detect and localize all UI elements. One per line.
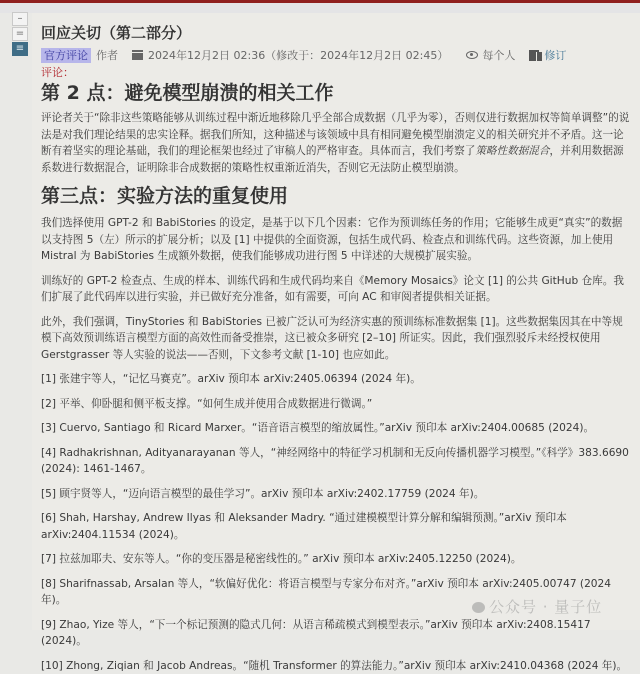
comment-label: 评论： — [41, 66, 630, 80]
official-comment-badge: 官方评论 — [41, 48, 91, 63]
eye-icon — [466, 51, 478, 59]
author-label: 作者 — [96, 47, 118, 63]
reference-item: [1] 张建宇等人，“记忆马赛克”。arXiv 预印本 arXiv:2405.0… — [41, 371, 630, 388]
reference-list: [1] 张建宇等人，“记忆马赛克”。arXiv 预印本 arXiv:2405.0… — [41, 371, 630, 630]
reference-item: [8] Sharifnassab, Arsalan 等人，“软偏好优化：将语言模… — [41, 576, 630, 609]
point3-paragraph-3: 此外，我们强调，TinyStories 和 BabiStories 已被广泛认可… — [41, 314, 630, 364]
reference-item: [9] Zhao, Yize 等人，“下一个标记预测的隐式几何：从语言稀疏模式到… — [41, 617, 630, 631]
minus-icon: – — [18, 13, 23, 24]
point2-emphasis: 策略性数据混合 — [475, 145, 549, 157]
collapse-view-button[interactable]: – — [12, 12, 28, 26]
comment-panel: 回应关切（第二部分） 官方评论 作者 2024年12月2日 02:36（修改于：… — [32, 13, 640, 630]
top-strip — [0, 3, 640, 13]
view-mode-toolbar: – = ≡ — [12, 12, 28, 57]
list-icon: ≡ — [16, 43, 24, 54]
expanded-view-button[interactable]: ≡ — [12, 42, 28, 56]
default-view-button[interactable]: = — [12, 27, 28, 41]
calendar-icon — [132, 50, 143, 60]
point2-heading: 第 2 点：避免模型崩溃的相关工作 — [41, 81, 630, 105]
reference-item: [5] 顾宇贤等人，“迈向语言模型的最佳学习”。arXiv 预印本 arXiv:… — [41, 486, 630, 503]
reference-item: [7] 拉兹加耶夫、安东等人。“你的变压器是秘密线性的。” arXiv 预印本 … — [41, 551, 630, 568]
reference-item: [3] Cuervo, Santiago 和 Ricard Marxer。“语音… — [41, 420, 630, 437]
revisions-link[interactable]: 修订 — [544, 47, 566, 63]
reference-item: [2] 平举、仰卧腿和侧平板支撑。“如何生成并使用合成数据进行微调。” — [41, 396, 630, 413]
double-line-icon: = — [16, 28, 24, 39]
point3-paragraph-1: 我们选择使用 GPT-2 和 BabiStories 的设定，是基于以下几个因素… — [41, 215, 630, 265]
post-date: 2024年12月2日 02:36（修改于：2024年12月2日 02:45） — [148, 47, 448, 63]
post-meta: 官方评论 作者 2024年12月2日 02:36（修改于：2024年12月2日 … — [41, 47, 630, 63]
visibility-label: 每个人 — [482, 47, 515, 63]
point3-heading: 第三点：实验方法的重复使用 — [41, 184, 630, 208]
point2-paragraph: 评论者关于“除非这些策略能够从训练过程中渐近地移除几乎全部合成数据（几乎为零），… — [41, 110, 630, 176]
revisions-icon — [529, 50, 539, 61]
reference-item: [4] Radhakrishnan, Adityanarayanan 等人，“神… — [41, 445, 630, 478]
point3-paragraph-2: 训练好的 GPT-2 检查点、生成的样本、训练代码和生成代码均来自《Memory… — [41, 273, 630, 306]
reference-item: [6] Shah, Harshay, Andrew Ilyas 和 Aleksa… — [41, 510, 630, 543]
post-title: 回应关切（第二部分） — [41, 23, 630, 43]
